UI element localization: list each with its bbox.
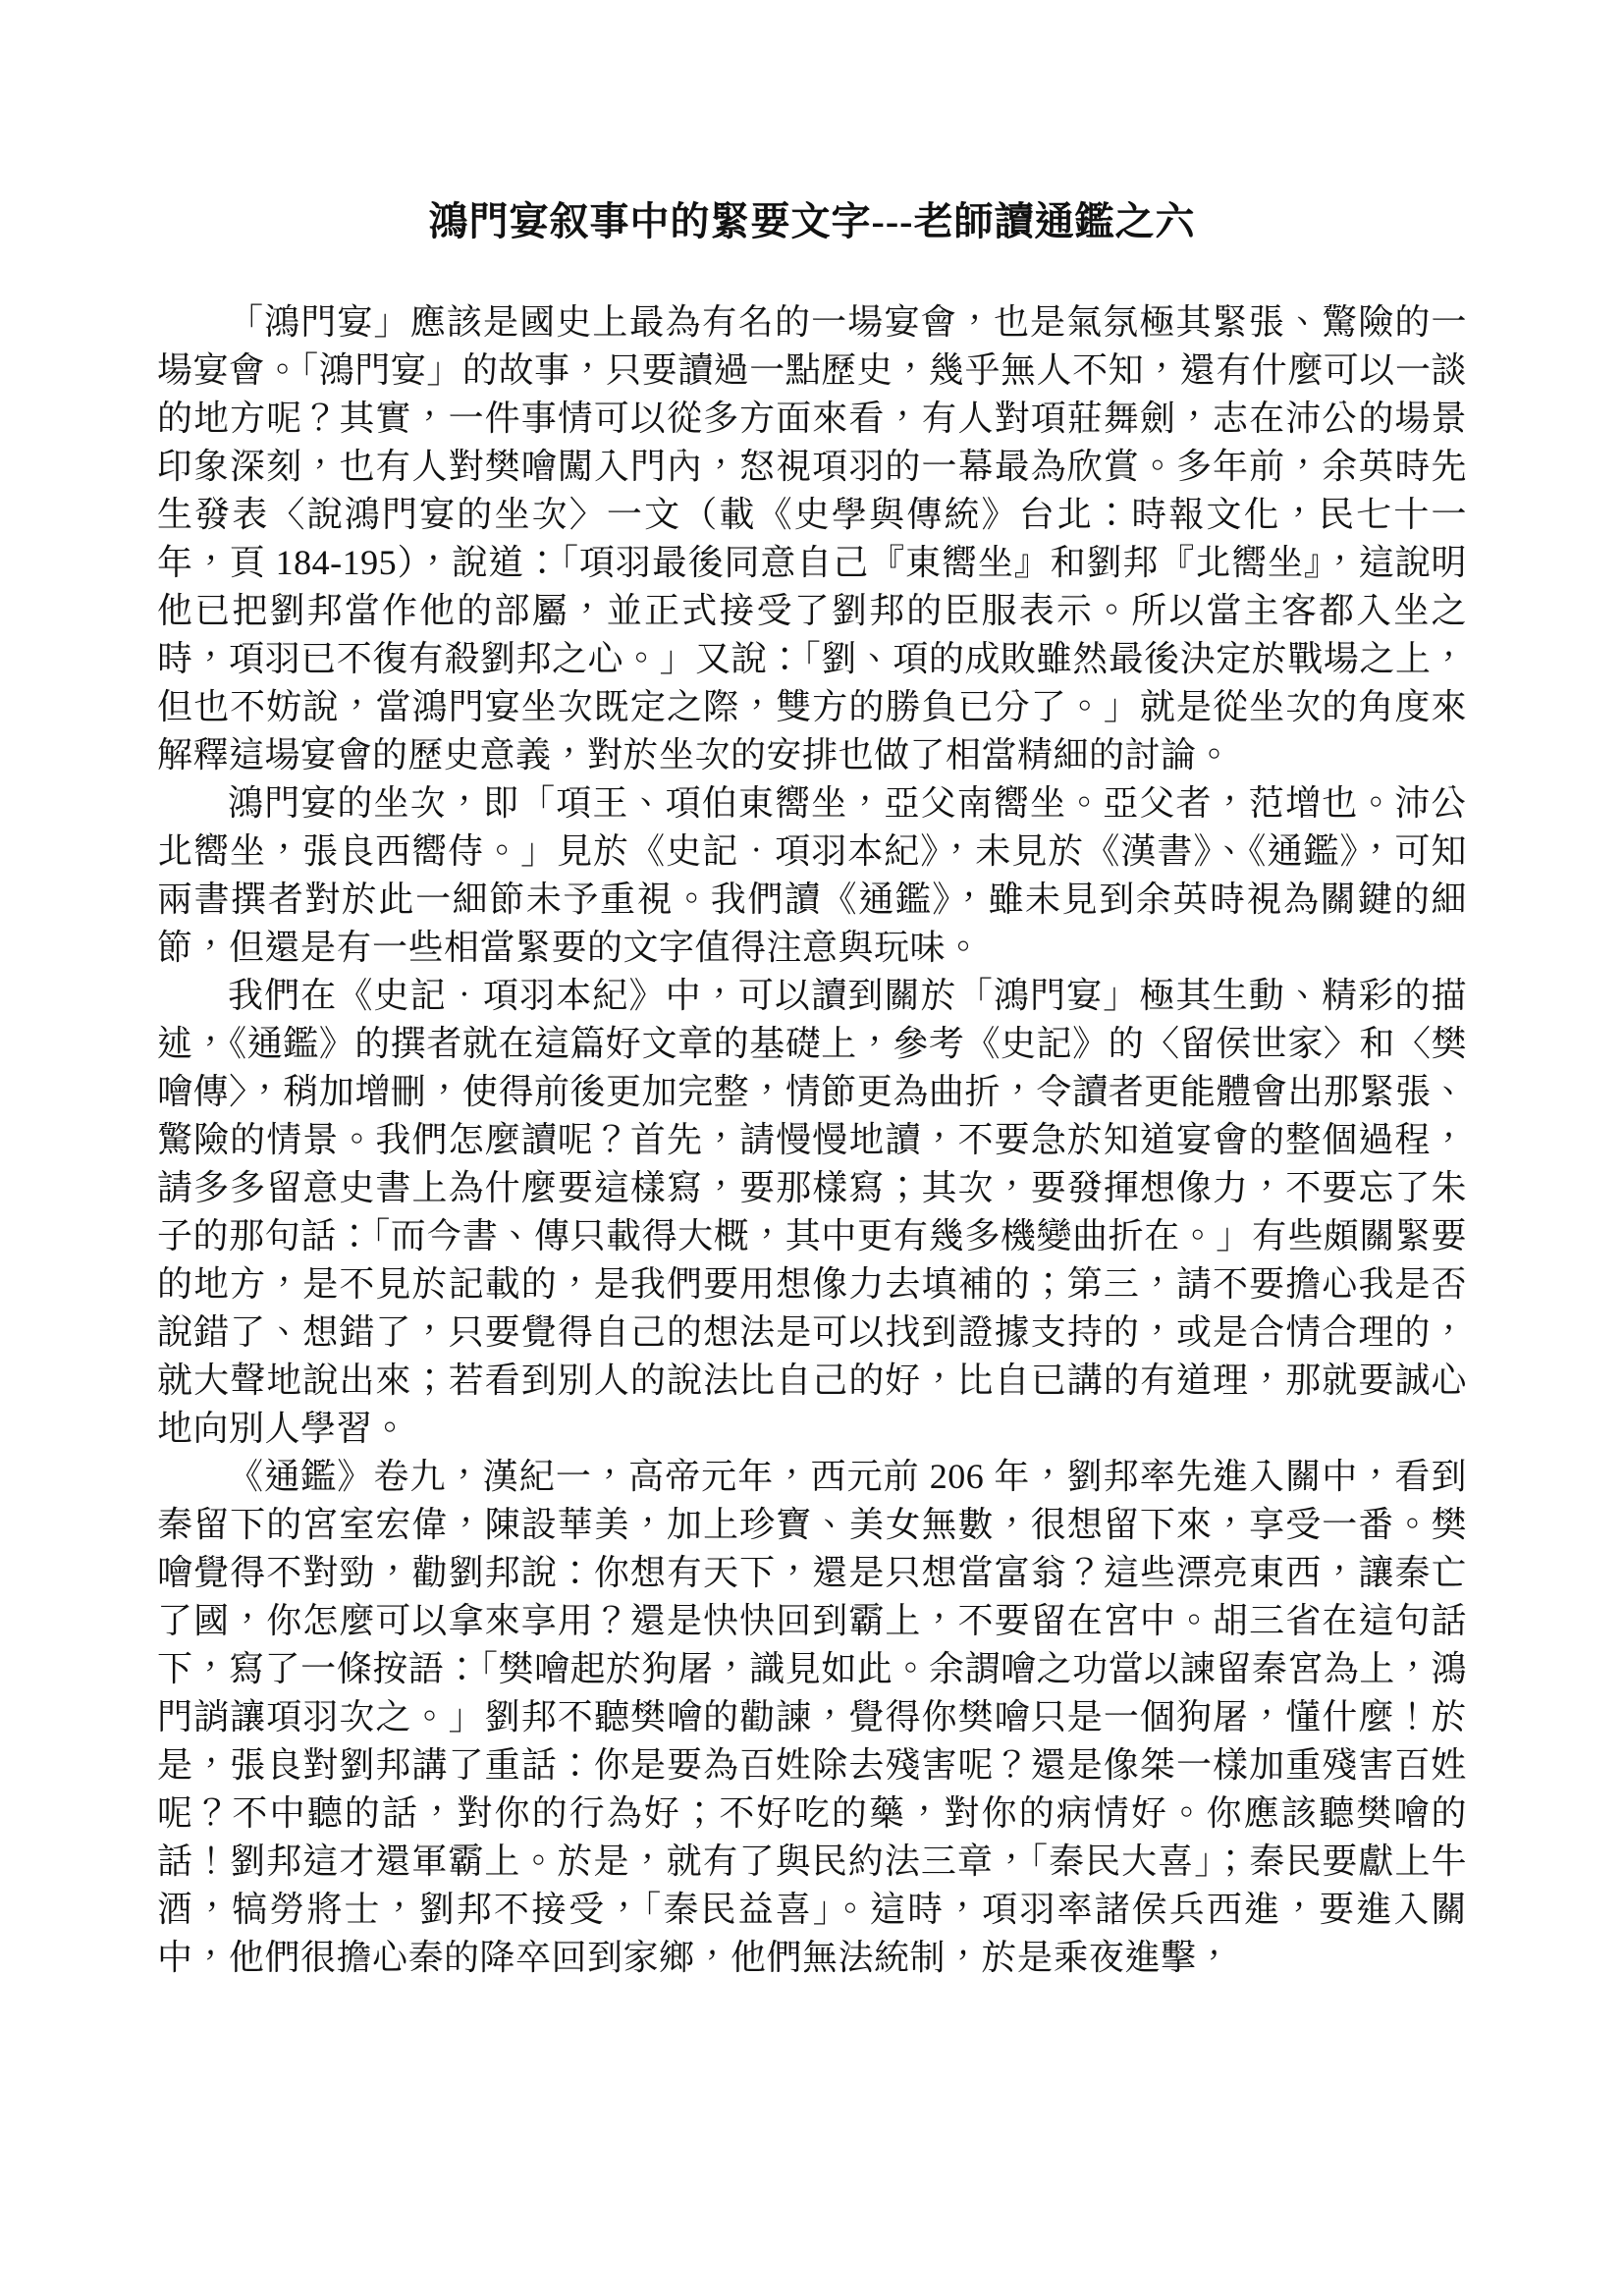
document-title: 鴻門宴叙事中的緊要文字---老師讀通鑑之六 [157,196,1467,247]
document-page: 鴻門宴叙事中的緊要文字---老師讀通鑑之六 「鴻門宴」應該是國史上最為有名的一場… [0,0,1624,2296]
paragraph-intro: 「鴻門宴」應該是國史上最為有名的一場宴會，也是氣氛極其緊張、驚險的一場宴會。「鴻… [157,298,1467,779]
paragraph-tongjian-account: 《通鑑》卷九，漢紀一，高帝元年，西元前 206 年，劉邦率先進入關中，看到秦留下… [157,1453,1467,1982]
paragraph-how-to-read: 我們在《史記．項羽本紀》中，可以讀到關於「鴻門宴」極其生動、精彩的描述，《通鑑》… [157,972,1467,1453]
paragraph-seating-order: 鴻門宴的坐次，即「項王、項伯東嚮坐，亞父南嚮坐。亞父者，范增也。沛公北嚮坐，張良… [157,779,1467,972]
document-content: 鴻門宴叙事中的緊要文字---老師讀通鑑之六 「鴻門宴」應該是國史上最為有名的一場… [157,196,1467,1982]
